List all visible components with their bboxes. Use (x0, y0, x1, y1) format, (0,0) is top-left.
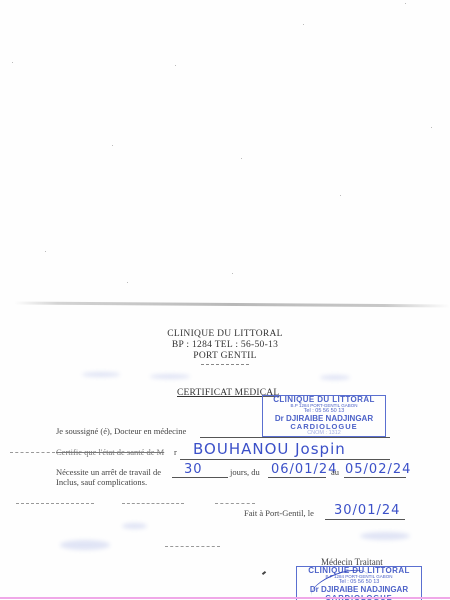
scan-smudge (60, 540, 110, 550)
header-separator (201, 364, 249, 365)
stray-dash (10, 452, 55, 453)
scan-smudge (360, 532, 410, 540)
patient-blank-line (180, 459, 390, 460)
stray-dash (122, 503, 184, 504)
leave-label: Nécessite un arrêt de travail de (56, 467, 161, 477)
doctor-label: Je soussigné (é), Docteur en médecine (56, 426, 186, 436)
scan-speck (241, 158, 242, 159)
scan-smudge (320, 375, 350, 380)
from-blank-line (268, 477, 326, 478)
place-date-label: Fait à Port-Gentil, le (244, 508, 314, 518)
scan-speck (175, 65, 176, 66)
date-from-handwritten: 06/01/24 (271, 462, 337, 477)
scan-smudge (122, 523, 147, 529)
stray-dash (165, 546, 220, 547)
clinic-contact: BP : 1284 TEL : 56-50-13 (0, 340, 450, 351)
paper-fold-line (14, 301, 450, 307)
scan-smudge (150, 374, 190, 379)
stray-dash (16, 503, 94, 504)
scan-speck (303, 24, 304, 25)
scan-speck (12, 62, 13, 63)
scan-speck (45, 251, 46, 252)
patient-name-handwritten: BOUHANOU Jospin (193, 440, 346, 458)
doctor-blank-line (200, 437, 390, 438)
scan-speck (232, 273, 233, 274)
days-handwritten: 30 (184, 462, 203, 477)
scan-edge-line (0, 597, 450, 599)
scan-speck (340, 195, 341, 196)
clinic-header: CLINIQUE DU LITTORAL BP : 1284 TEL : 56-… (0, 329, 450, 365)
scan-speck (405, 3, 406, 4)
ink-mark (262, 571, 266, 575)
scan-speck (431, 127, 432, 128)
patient-prefix: r (174, 447, 177, 457)
stray-dash (215, 503, 255, 504)
date-to-handwritten: 05/02/24 (345, 462, 411, 477)
date-signed-handwritten: 30/01/24 (334, 503, 400, 518)
clinic-name: CLINIQUE DU LITTORAL (0, 329, 450, 340)
patient-label: Certifie que l'état de santé de M (56, 447, 164, 457)
days-blank-line (172, 477, 228, 478)
days-suffix: jours, du (230, 467, 260, 477)
scan-smudge (82, 372, 120, 377)
inclusive-note: Inclus, sauf complications. (56, 477, 147, 487)
scan-speck (112, 145, 113, 146)
scan-speck (127, 282, 128, 283)
clinic-city: PORT GENTIL (0, 351, 450, 362)
to-label: au (331, 467, 339, 477)
clinic-stamp: CLINIQUE DU LITTORAL B.P 1284 PORT-GENTI… (262, 395, 386, 437)
date-signed-blank-line (325, 519, 405, 520)
to-blank-line (344, 477, 406, 478)
